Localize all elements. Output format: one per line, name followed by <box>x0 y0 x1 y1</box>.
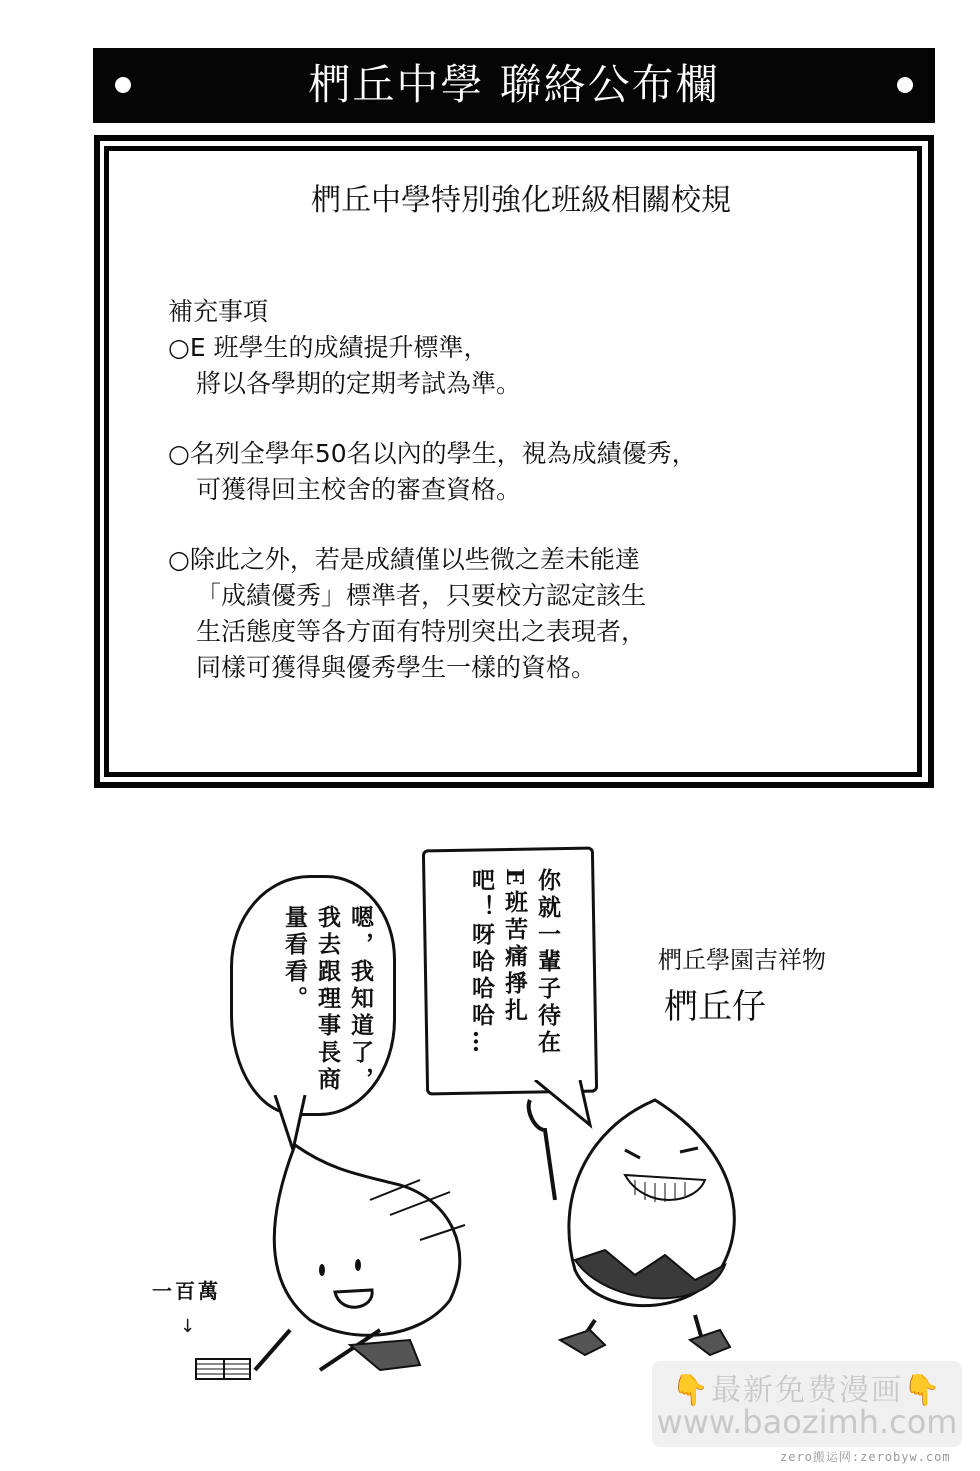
notice-title: 椚丘中學特別強化班級相關校規 <box>0 180 980 222</box>
speech-text-left: 嗯，我知道了，我去跟理事長商量看看。 <box>278 905 377 1105</box>
mascot-dark-icon <box>505 1090 755 1370</box>
section-label: 補充事項 <box>168 294 697 330</box>
watermark-banner[interactable]: 👇最新免费漫画👇 www.baozimh.com <box>652 1361 962 1447</box>
rules-section: 補充事項 ○E 班學生的成績提升標準， 將以各學期的定期考試為準。 ○名列全學年… <box>168 294 697 720</box>
rule-line: ○除此之外，若是成績僅以些微之差未能達 <box>168 542 697 578</box>
rule-line: 將以各學期的定期考試為準。 <box>168 366 697 402</box>
rule-item: ○名列全學年50名以內的學生，視為成績優秀， 可獲得回主校舍的審查資格。 <box>168 436 697 508</box>
rule-line: 「成績優秀」標準者，只要校方認定該生 <box>168 578 697 614</box>
page-title: 椚丘中學 聯絡公布欄 <box>93 58 935 112</box>
bullet-dot-icon <box>897 77 913 93</box>
mascot-white-icon <box>250 1130 520 1380</box>
mascot-name: 椚丘仔 <box>664 985 766 1029</box>
rule-line: 可獲得回主校舍的審查資格。 <box>168 472 697 508</box>
watermark-url[interactable]: www.baozimh.com <box>652 1403 962 1441</box>
rule-line: 生活態度等各方面有特別突出之表現者， <box>168 614 697 650</box>
rule-line: ○名列全學年50名以內的學生，視為成績優秀， <box>168 436 697 472</box>
money-label: 一百萬 <box>152 1275 221 1304</box>
mascot-caption: 椚丘學園吉祥物 <box>658 945 826 975</box>
arrow-down-icon: ↓ <box>180 1316 195 1337</box>
rule-item: ○E 班學生的成績提升標準， 將以各學期的定期考試為準。 <box>168 330 697 402</box>
speech-text-right: 你就一輩子待在E班苦痛掙扎吧！呀哈哈哈… <box>465 868 564 1073</box>
money-stack-icon <box>194 1355 254 1383</box>
rule-item: ○除此之外，若是成績僅以些微之差未能達 「成績優秀」標準者，只要校方認定該生 生… <box>168 542 697 686</box>
header-bar: 椚丘中學 聯絡公布欄 <box>93 48 935 123</box>
rule-line: 同樣可獲得與優秀學生一樣的資格。 <box>168 650 697 686</box>
rule-line: ○E 班學生的成績提升標準， <box>168 330 697 366</box>
watermark-footer: zero搬运网:zerobyw.com <box>780 1448 951 1465</box>
